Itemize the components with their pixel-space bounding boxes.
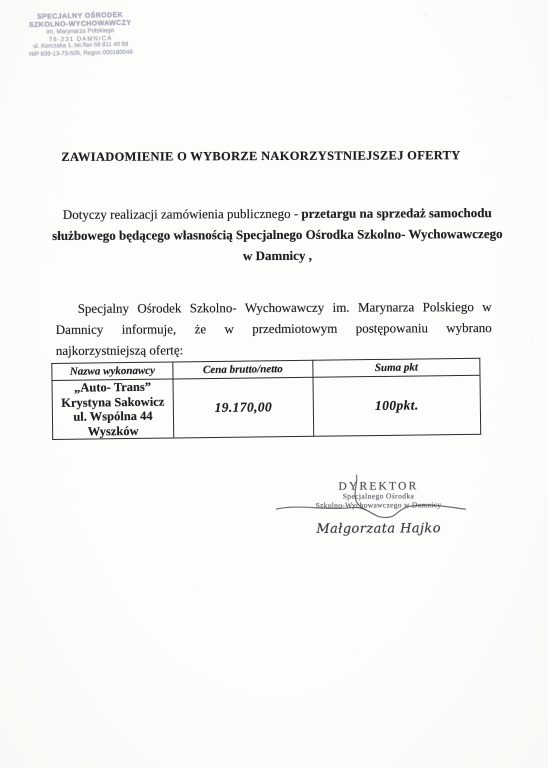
handwritten-name: Małgorzata Hajko [269, 521, 489, 537]
offer-table: Nazwa wykonawcy Cena brutto/netto Suma p… [51, 358, 481, 440]
letterhead-stamp: SPECJALNY OŚRODEK SZKOLNO-WYCHOWAWCZY im… [4, 11, 157, 60]
contractor-name: „Auto- Trans” [53, 379, 173, 395]
price-cell: 19.170,00 [173, 377, 314, 438]
director-stamp-line-3: Szkolno-Wychowawczego w Damnicy [269, 501, 489, 510]
subject-tail-text: , [305, 248, 312, 263]
document-title: ZAWIADOMIENIE O WYBORZE NAKORZYSTNIEJSZE… [19, 148, 503, 165]
scanned-document-page: SPECJALNY OŚRODEK SZKOLNO-WYCHOWAWCZY im… [0, 0, 548, 768]
subject-paragraph: Dotyczy realizacji zamówienia publiczneg… [47, 202, 507, 267]
subject-regular-text: Dotyczy realizacji zamówienia publiczneg… [63, 206, 302, 222]
contractor-person: Krystyna Sakowicz [53, 394, 173, 410]
column-header-price: Cena brutto/netto [173, 360, 313, 379]
contractor-cell: „Auto- Trans” Krystyna Sakowicz ul. Wspó… [52, 379, 174, 439]
document-content: SPECJALNY OŚRODEK SZKOLNO-WYCHOWAWCZY im… [0, 0, 548, 768]
signature-block: DYREKTOR Specjalnego Ośrodka Szkolno-Wyc… [268, 480, 488, 537]
column-header-points: Suma pkt [313, 358, 480, 377]
body-paragraph: Specjalny Ośrodek Szkolno- Wychowawczy i… [56, 296, 492, 361]
contractor-address: ul. Wspólna 44 Wyszków [53, 408, 173, 438]
points-cell: 100pkt. [313, 375, 481, 436]
table-row: „Auto- Trans” Krystyna Sakowicz ul. Wspó… [52, 375, 481, 439]
column-header-contractor: Nazwa wykonawcy [52, 362, 173, 380]
